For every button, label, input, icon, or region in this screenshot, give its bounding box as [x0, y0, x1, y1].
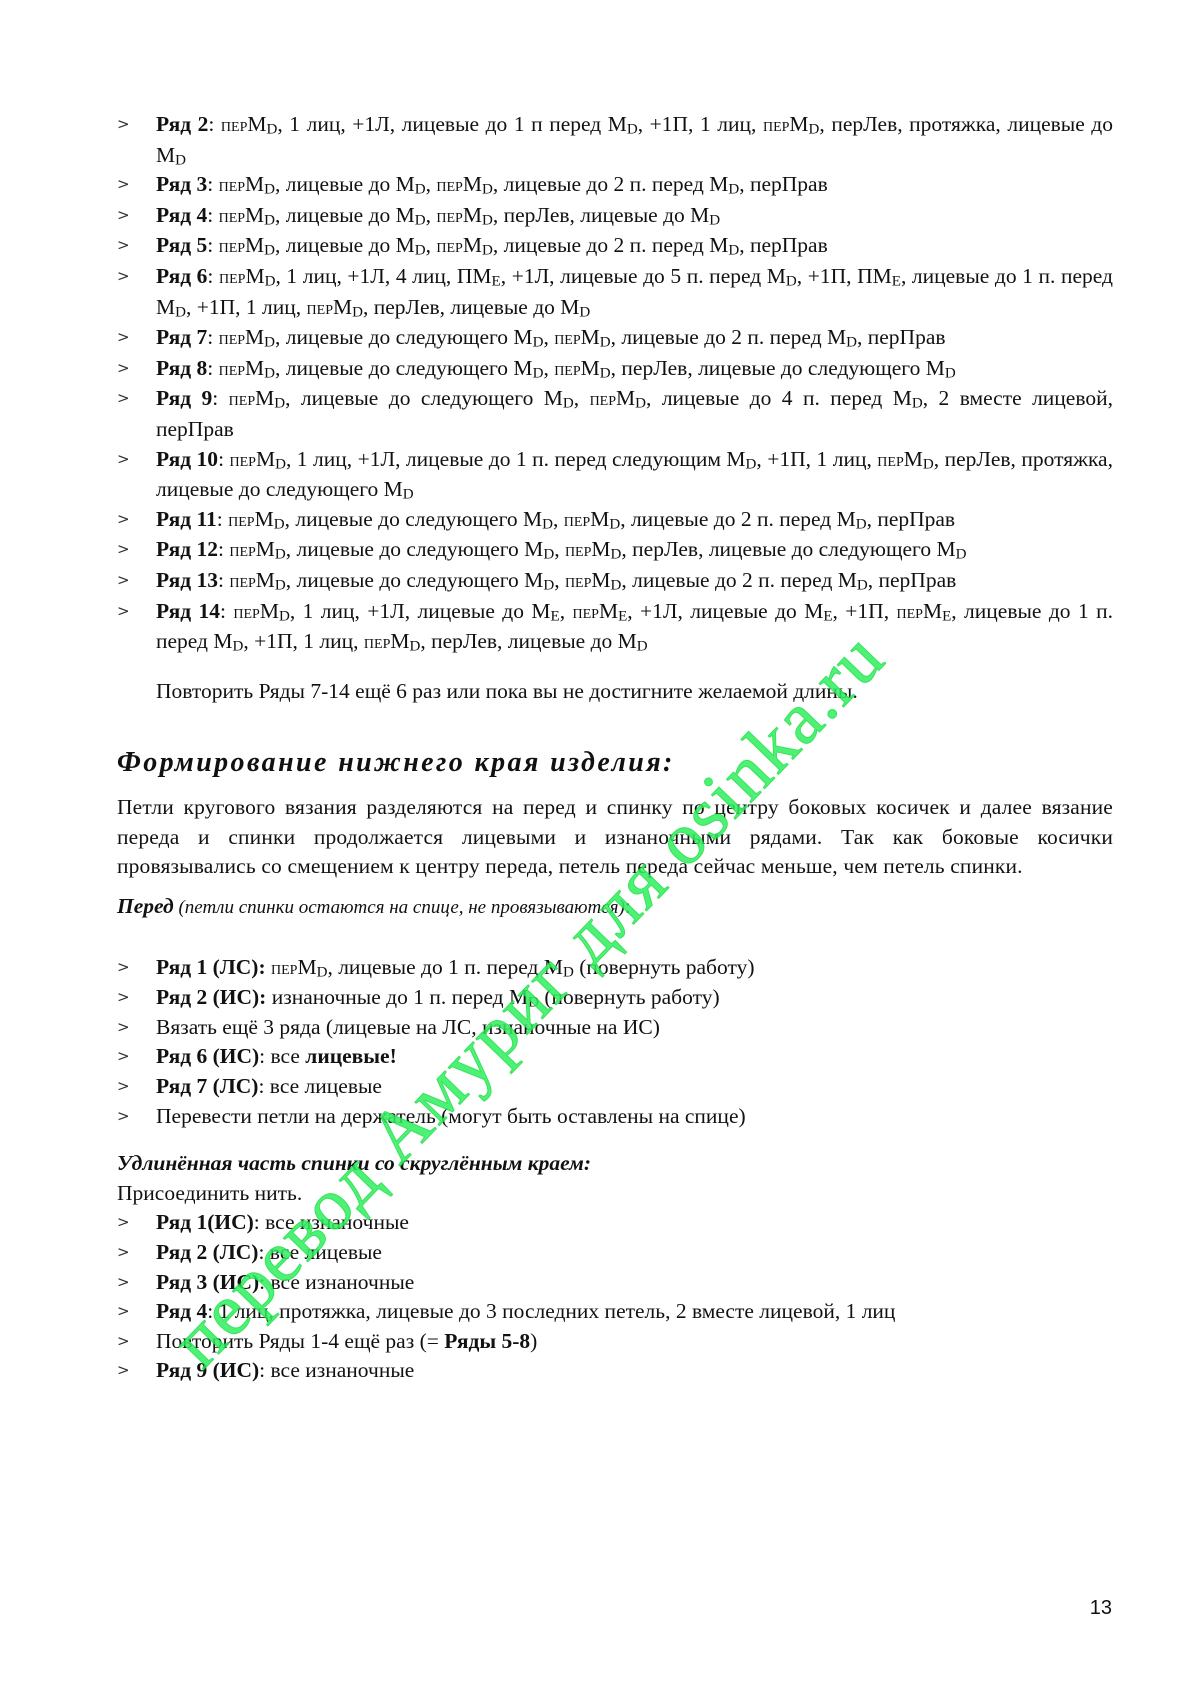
bullet-icon: >: [117, 445, 130, 475]
bullet-icon: >: [117, 1042, 130, 1072]
text-run: Перевести петли на держатель (могут быть…: [156, 1104, 746, 1128]
text-run: , +1П, 1 лиц,: [638, 112, 763, 136]
text-run: , перЛев, лицевые до M: [363, 295, 579, 319]
text-run: ,: [560, 599, 573, 623]
bullet-icon: >: [117, 953, 130, 983]
text-run: D: [409, 639, 420, 655]
text-run: D: [275, 547, 286, 563]
list-item: >Повторить Ряды 1-4 ещё раз (= Ряды 5-8): [117, 1327, 1113, 1357]
text-run: D: [264, 212, 275, 228]
bullet-icon: >: [117, 262, 130, 292]
text-run: Ряд 3: [156, 172, 207, 196]
text-run: D: [233, 639, 244, 655]
text-run: D: [317, 964, 328, 980]
text-run: E: [492, 274, 501, 290]
text-run: D: [600, 365, 611, 381]
text-run: , лицевые до следующего M: [275, 356, 533, 380]
list-item: >Вязать ещё 3 ряда (лицевые на ЛС, изнан…: [117, 1013, 1113, 1043]
text-run: M: [297, 955, 316, 979]
text-run: Вязать ещё 3 ряда (лицевые на ЛС, изнано…: [156, 1015, 660, 1039]
text-run: ,: [543, 356, 554, 380]
back-rows-list: >Ряд 1(ИС): все изнаночные>Ряд 2 (ЛС): в…: [117, 1208, 1113, 1386]
text-run: , +1П, ПМ: [797, 264, 892, 288]
bullet-icon: >: [117, 597, 130, 627]
front-note: (петли спинки остаются на спице, не пров…: [174, 897, 625, 918]
text-run: D: [809, 122, 820, 138]
text-run: M: [463, 233, 482, 257]
text-run: , лицевые до следующего M: [275, 325, 533, 349]
text-run: D: [637, 639, 648, 655]
bullet-icon: >: [117, 231, 130, 261]
text-run: пер: [364, 631, 390, 653]
list-item: >Ряд 10: перMD, 1 лиц, +1Л, лицевые до 1…: [117, 445, 1113, 505]
list-item: >Ряд 1(ИС): все изнаночные: [117, 1208, 1113, 1238]
text-run: пер: [307, 297, 333, 319]
text-run: пер: [877, 449, 903, 471]
text-run: Ряд 13: [156, 568, 218, 592]
text-run: , перПрав: [739, 172, 828, 196]
text-run: D: [175, 152, 186, 168]
document-page: >Ряд 2: перMD, 1 лиц, +1Л, лицевые до 1 …: [0, 0, 1191, 1684]
text-run: :: [218, 568, 229, 592]
bullet-icon: >: [117, 1327, 130, 1357]
list-item: >Ряд 2: перMD, 1 лиц, +1Л, лицевые до 1 …: [117, 110, 1113, 170]
text-run: :: [218, 447, 229, 471]
list-item: >Ряд 4: перMD, лицевые до MD, перMD, пер…: [117, 201, 1113, 232]
text-run: D: [482, 212, 493, 228]
pattern-rows-list: >Ряд 2: перMD, 1 лиц, +1Л, лицевые до 1 …: [117, 110, 1113, 658]
text-run: Ряд 1 (ЛС):: [156, 955, 266, 979]
text-run: M: [581, 356, 600, 380]
text-run: пер: [229, 570, 255, 592]
text-run: ,: [554, 568, 565, 592]
text-run: :: [212, 386, 228, 410]
text-run: пер: [554, 358, 580, 380]
text-run: M: [245, 233, 264, 257]
text-run: пер: [219, 327, 245, 349]
repeat-note: Повторить Ряды 7-14 ещё 6 раз или пока в…: [156, 677, 1113, 707]
text-run: D: [275, 456, 286, 472]
text-run: Ряд 4: [156, 1299, 207, 1323]
text-run: Ряд 3 (ИС): [156, 1270, 259, 1294]
text-run: D: [635, 396, 646, 412]
list-item: >Ряд 12: перMD, лицевые до следующего MD…: [117, 535, 1113, 566]
list-item: >Ряд 2 (ИС): изнаночные до 1 п. перед MD…: [117, 983, 1113, 1013]
text-run: D: [611, 547, 622, 563]
text-run: , перПрав: [868, 568, 957, 592]
front-subheading: Перед (петли спинки остаются на спице, н…: [117, 892, 1113, 923]
list-item: >Ряд 5: перMD, лицевые до MD, перMD, лиц…: [117, 231, 1113, 262]
text-run: , перЛев, лицевые до следующего M: [611, 356, 945, 380]
text-run: D: [264, 365, 275, 381]
text-run: Повторить Ряды 1-4 ещё раз (=: [156, 1329, 444, 1353]
list-item: >Ряд 8: перMD, лицевые до следующего MD,…: [117, 354, 1113, 385]
text-run: , перПрав: [857, 325, 946, 349]
text-run: , перПрав: [739, 233, 828, 257]
text-run: D: [175, 304, 186, 320]
text-run: ,: [574, 386, 590, 410]
text-run: D: [746, 456, 757, 472]
text-run: M: [599, 599, 618, 623]
text-run: D: [482, 243, 493, 259]
list-item: >Ряд 6 (ИС): все лицевые!: [117, 1042, 1113, 1072]
text-run: : все лицевые: [258, 1074, 382, 1098]
text-run: D: [533, 365, 544, 381]
text-run: пер: [229, 539, 255, 561]
text-run: D: [600, 335, 611, 351]
text-run: пер: [230, 449, 256, 471]
text-run: Ряды 5-8: [444, 1329, 530, 1353]
text-run: , перЛев, лицевые до M: [420, 629, 636, 653]
text-run: , +1П, 1 лиц,: [243, 629, 364, 653]
text-run: D: [264, 335, 275, 351]
list-item: >Ряд 3 (ИС): все изнаночные: [117, 1268, 1113, 1298]
text-run: :: [218, 537, 229, 561]
text-run: пер: [564, 509, 590, 531]
text-run: D: [579, 304, 590, 320]
text-run: , лицевые до 2 п. перед M: [493, 233, 728, 257]
page-content: >Ряд 2: перMD, 1 лиц, +1Л, лицевые до 1 …: [117, 110, 1113, 1386]
intro-paragraph: Петли кругового вязания разделяются на п…: [117, 793, 1113, 882]
bullet-icon: >: [117, 1072, 130, 1102]
text-run: M: [255, 386, 274, 410]
text-run: E: [551, 608, 560, 624]
text-run: D: [856, 516, 867, 532]
text-run: ,: [554, 537, 565, 561]
text-run: : все изнаночные: [259, 1358, 414, 1382]
bullet-icon: >: [117, 1208, 130, 1238]
text-run: D: [543, 578, 554, 594]
text-run: D: [609, 516, 620, 532]
text-run: пер: [436, 205, 462, 227]
text-run: D: [912, 396, 923, 412]
text-run: E: [942, 608, 951, 624]
text-run: : все изнаночные: [254, 1210, 409, 1234]
bullet-icon: >: [117, 505, 130, 535]
text-run: Ряд 6: [156, 264, 207, 288]
list-item: >Ряд 2 (ЛС): все лицевые: [117, 1238, 1113, 1268]
text-run: M: [256, 537, 275, 561]
text-run: M: [245, 172, 264, 196]
text-run: M: [256, 568, 275, 592]
bullet-icon: >: [117, 1013, 130, 1043]
text-run: Ряд 9: [156, 386, 212, 410]
text-run: , +1П, 1 лиц,: [186, 295, 307, 319]
text-run: Ряд 11: [156, 507, 217, 531]
text-run: D: [264, 182, 275, 198]
text-run: D: [627, 122, 638, 138]
text-run: D: [415, 243, 426, 259]
text-run: Ряд 2 (ЛС): [156, 1240, 258, 1264]
text-run: , лицевые до 2 п. перед M: [620, 507, 855, 531]
text-run: , +1П, 1 лиц,: [756, 447, 877, 471]
text-run: D: [857, 578, 868, 594]
text-run: , +1П,: [833, 599, 897, 623]
list-item: >Ряд 7: перMD, лицевые до следующего MD,…: [117, 323, 1113, 354]
text-run: :: [217, 507, 228, 531]
list-item: >Ряд 4: 1 лиц, протяжка, лицевые до 3 по…: [117, 1297, 1113, 1327]
text-run: , перПрав: [867, 507, 956, 531]
text-run: , +1Л, лицевые до 5 п. перед M: [501, 264, 786, 288]
text-run: M: [245, 264, 264, 288]
text-run: пер: [271, 957, 297, 979]
bullet-icon: >: [117, 354, 130, 384]
text-run: D: [482, 182, 493, 198]
text-run: D: [275, 578, 286, 594]
bullet-icon: >: [117, 201, 130, 231]
text-run: пер: [228, 509, 254, 531]
text-run: D: [611, 578, 622, 594]
text-run: : все: [259, 1044, 305, 1068]
text-run: ,: [553, 507, 564, 531]
front-rows-list: >Ряд 1 (ЛС): перMD, лицевые до 1 п. пере…: [117, 953, 1113, 1132]
text-run: :: [207, 356, 218, 380]
text-run: , +1Л, лицевые до M: [627, 599, 823, 623]
text-run: D: [786, 274, 797, 290]
text-run: D: [274, 516, 285, 532]
text-run: M: [245, 203, 264, 227]
list-item: >Ряд 9 (ИС): все изнаночные: [117, 1356, 1113, 1386]
bullet-icon: >: [117, 110, 130, 140]
text-run: , перЛев, лицевые до следующего M: [621, 537, 955, 561]
text-run: D: [265, 274, 276, 290]
text-run: D: [728, 243, 739, 259]
text-run: D: [945, 365, 956, 381]
text-run: лицевые!: [305, 1044, 396, 1068]
text-run: D: [846, 335, 857, 351]
text-run: , лицевые до 2 п. перед M: [611, 325, 846, 349]
text-run: M: [591, 537, 610, 561]
text-run: ,: [426, 233, 437, 257]
text-run: ,: [543, 325, 554, 349]
text-run: Ряд 7 (ЛС): [156, 1074, 258, 1098]
bullet-icon: >: [117, 384, 130, 414]
text-run: , лицевые до следующего M: [286, 568, 544, 592]
text-run: E: [823, 608, 832, 624]
text-run: :: [207, 172, 218, 196]
text-run: , лицевые до следующего M: [285, 507, 543, 531]
text-run: :: [207, 233, 218, 257]
list-item: >Перевести петли на держатель (могут быт…: [117, 1102, 1113, 1132]
text-run: M: [463, 172, 482, 196]
text-run: M: [904, 447, 923, 471]
list-item: >Ряд 1 (ЛС): перMD, лицевые до 1 п. пере…: [117, 953, 1113, 984]
text-run: , лицевые до M: [275, 172, 415, 196]
text-run: D: [923, 456, 934, 472]
text-run: , 1 лиц, +1Л, лицевые до 1 п. перед след…: [286, 447, 746, 471]
text-run: пер: [219, 205, 245, 227]
text-run: Ряд 1(ИС): [156, 1210, 254, 1234]
text-run: пер: [221, 114, 247, 136]
text-run: D: [542, 516, 553, 532]
text-run: , лицевые до 4 п. перед M: [646, 386, 912, 410]
text-run: Ряд 9 (ИС): [156, 1358, 259, 1382]
text-run: Ряд 4: [156, 203, 207, 227]
text-run: M: [333, 295, 352, 319]
text-run: D: [264, 243, 275, 259]
text-run: :: [207, 264, 219, 288]
bullet-icon: >: [117, 1102, 130, 1132]
list-item: >Ряд 3: перMD, лицевые до MD, перMD, лиц…: [117, 170, 1113, 201]
text-run: D: [709, 212, 720, 228]
text-run: D: [274, 396, 285, 412]
text-run: , 1 лиц, +1Л, лицевые до 1 п перед M: [277, 112, 626, 136]
text-run: пер: [436, 235, 462, 257]
text-run: (повернуть работу): [574, 955, 755, 979]
page-number: 13: [1090, 1597, 1112, 1620]
text-run: Ряд 5: [156, 233, 207, 257]
back-section-title: Удлинённая часть спинки со скруглённым к…: [117, 1149, 1113, 1179]
text-run: D: [563, 964, 574, 980]
text-run: , 1 лиц, +1Л, лицевые до M: [290, 599, 551, 623]
list-item: >Ряд 14: перMD, 1 лиц, +1Л, лицевые до M…: [117, 597, 1113, 658]
back-section: Удлинённая часть спинки со скруглённым к…: [117, 1149, 1113, 1386]
text-run: пер: [219, 358, 245, 380]
bullet-icon: >: [117, 323, 130, 353]
text-run: D: [543, 547, 554, 563]
list-item: >Ряд 11: перMD, лицевые до следующего MD…: [117, 505, 1113, 536]
section-heading: Формирование нижнего края изделия:: [117, 743, 1113, 783]
text-run: M: [256, 447, 275, 471]
list-item: >Ряд 13: перMD, лицевые до следующего MD…: [117, 566, 1113, 597]
text-run: пер: [896, 601, 922, 623]
text-run: ,: [426, 172, 437, 196]
back-intro: Присоединить нить.: [117, 1179, 1113, 1209]
text-run: D: [279, 608, 290, 624]
text-run: D: [403, 487, 414, 503]
text-run: :: [207, 203, 218, 227]
text-run: M: [245, 356, 264, 380]
text-run: :: [220, 599, 233, 623]
text-run: M: [245, 325, 264, 349]
text-run: пер: [590, 388, 616, 410]
text-run: M: [581, 325, 600, 349]
text-run: D: [528, 995, 539, 1011]
text-run: : все лицевые: [258, 1240, 382, 1264]
text-run: M: [247, 112, 266, 136]
bullet-icon: >: [117, 535, 130, 565]
text-run: изнаночные до 1 п. перед M: [266, 985, 528, 1009]
text-run: пер: [219, 235, 245, 257]
text-run: D: [352, 304, 363, 320]
text-run: , лицевые до 1 п. перед M: [327, 955, 562, 979]
text-run: M: [390, 629, 409, 653]
text-run: D: [728, 182, 739, 198]
text-run: пер: [565, 539, 591, 561]
bullet-icon: >: [117, 1356, 130, 1386]
bullet-icon: >: [117, 1238, 130, 1268]
bullet-icon: >: [117, 1268, 130, 1298]
text-run: D: [267, 122, 278, 138]
bullet-icon: >: [117, 1297, 130, 1327]
text-run: , лицевые до M: [275, 233, 415, 257]
text-run: пер: [436, 174, 462, 196]
text-run: пер: [219, 266, 245, 288]
text-run: : все изнаночные: [259, 1270, 414, 1294]
text-run: пер: [763, 114, 789, 136]
text-run: (повернуть работу): [539, 985, 720, 1009]
text-run: D: [563, 396, 574, 412]
list-item: >Ряд 7 (ЛС): все лицевые: [117, 1072, 1113, 1102]
bullet-icon: >: [117, 983, 130, 1013]
bullet-icon: >: [117, 566, 130, 596]
front-label: Перед: [117, 894, 174, 918]
list-item: >Ряд 9: перMD, лицевые до следующего MD,…: [117, 384, 1113, 444]
text-run: пер: [229, 388, 255, 410]
bullet-icon: >: [117, 170, 130, 200]
text-run: M: [616, 386, 635, 410]
text-run: D: [956, 547, 967, 563]
text-run: M: [260, 599, 279, 623]
text-run: E: [892, 274, 901, 290]
text-run: D: [415, 212, 426, 228]
text-run: : 1 лиц, протяжка, лицевые до 3 последни…: [207, 1299, 895, 1323]
front-colon: :: [625, 894, 631, 918]
text-run: M: [590, 507, 609, 531]
text-run: M: [923, 599, 942, 623]
text-run: Ряд 12: [156, 537, 218, 561]
text-run: Ряд 8: [156, 356, 207, 380]
text-run: , лицевые до следующего M: [286, 537, 544, 561]
text-run: M: [463, 203, 482, 227]
text-run: Ряд 2 (ИС):: [156, 985, 266, 1009]
text-run: M: [789, 112, 808, 136]
text-run: Ряд 14: [156, 599, 220, 623]
text-run: ): [530, 1329, 537, 1353]
text-run: , лицевые до 2 п. перед M: [493, 172, 728, 196]
text-run: D: [533, 335, 544, 351]
text-run: Ряд 10: [156, 447, 218, 471]
text-run: , перЛев, лицевые до M: [493, 203, 709, 227]
text-run: Ряд 6 (ИС): [156, 1044, 259, 1068]
text-run: E: [618, 608, 627, 624]
text-run: Ряд 2: [156, 112, 208, 136]
text-run: , 1 лиц, +1Л, 4 лиц, ПМ: [275, 264, 491, 288]
text-run: пер: [565, 570, 591, 592]
text-run: M: [255, 507, 274, 531]
text-run: пер: [554, 327, 580, 349]
text-run: пер: [219, 174, 245, 196]
text-run: , лицевые до 2 п. перед M: [621, 568, 856, 592]
text-run: :: [208, 112, 221, 136]
text-run: пер: [573, 601, 599, 623]
text-run: D: [415, 182, 426, 198]
text-run: Ряд 7: [156, 325, 207, 349]
text-run: , лицевые до M: [275, 203, 415, 227]
text-run: пер: [233, 601, 259, 623]
text-run: , лицевые до следующего M: [285, 386, 563, 410]
text-run: M: [591, 568, 610, 592]
text-run: ,: [426, 203, 437, 227]
list-item: >Ряд 6: перMD, 1 лиц, +1Л, 4 лиц, ПМE, +…: [117, 262, 1113, 323]
text-run: :: [207, 325, 218, 349]
